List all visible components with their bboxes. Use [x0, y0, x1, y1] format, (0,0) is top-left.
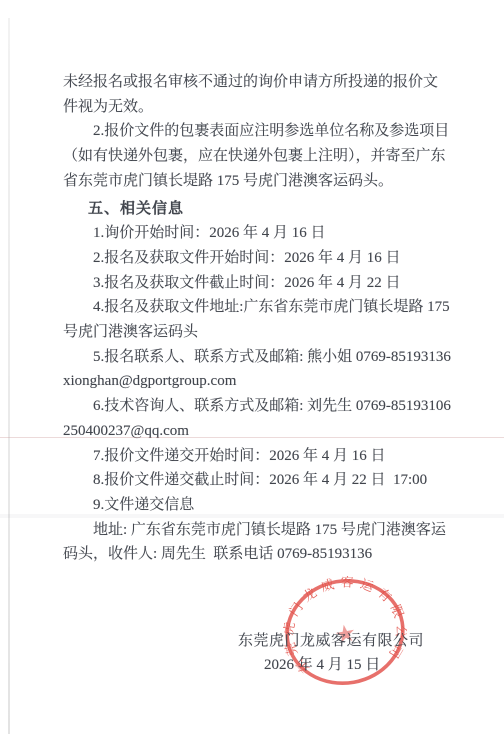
signature-company: 东莞虎门龙威客运有限公司	[238, 629, 424, 650]
doc-line: 250400237@qq.com	[63, 419, 445, 444]
doc-line: 7.报价文件递交开始时间：2026 年 4 月 16 日	[63, 444, 445, 469]
doc-line: 5.报名联系人、联系方式及邮箱: 熊小姐 0769-85193136	[63, 345, 445, 370]
doc-line: 号虎门港澳客运码头	[63, 320, 445, 345]
doc-line: xionghan@dgportgroup.com	[63, 369, 445, 394]
doc-line: 地址: 广东省东莞市虎门镇长堤路 175 号虎门港澳客运	[63, 518, 445, 543]
scan-artifact-band	[0, 514, 504, 518]
doc-line: 4.报名及获取文件地址:广东省东莞市虎门镇长堤路 175	[63, 295, 445, 320]
doc-line: 省东莞市虎门镇长堤路 175 号虎门港澳客运码头。	[63, 169, 445, 194]
doc-line: 未经报名或报名审核不通过的询价申请方所投递的报价文	[63, 70, 445, 95]
doc-line: 6.技术咨询人、联系方式及邮箱: 刘先生 0769-85193106	[63, 394, 445, 419]
doc-line: 码头，收件人: 周先生 联系电话 0769-85193136	[63, 542, 445, 567]
doc-section-heading: 五、相关信息	[63, 197, 445, 222]
doc-line: 1.询价开始时间：2026 年 4 月 16 日	[63, 221, 445, 246]
document-page: 未经报名或报名审核不通过的询价申请方所投递的报价文 件视为无效。 2.报价文件的…	[0, 0, 504, 734]
doc-line: 2.报名及获取文件开始时间：2026 年 4 月 16 日	[63, 246, 445, 271]
doc-line: 件视为无效。	[63, 95, 445, 120]
doc-line: 3.报名及获取文件截止时间：2026 年 4 月 22 日	[63, 271, 445, 296]
signature-date: 2026 年 4 月 15 日	[264, 653, 380, 674]
scan-artifact-vertical-line	[8, 18, 10, 734]
doc-line: 2.报价文件的包裹表面应注明参选单位名称及参选项目	[63, 119, 445, 144]
document-body: 未经报名或报名审核不通过的询价申请方所投递的报价文 件视为无效。 2.报价文件的…	[63, 70, 445, 567]
doc-line: （如有快递外包裹，应在快递外包裹上注明），并寄至广东	[63, 144, 445, 169]
doc-line: 8.报价文件递交截止时间：2026 年 4 月 22 日 17:00	[63, 468, 445, 493]
scan-artifact-horizontal-line	[0, 437, 504, 438]
